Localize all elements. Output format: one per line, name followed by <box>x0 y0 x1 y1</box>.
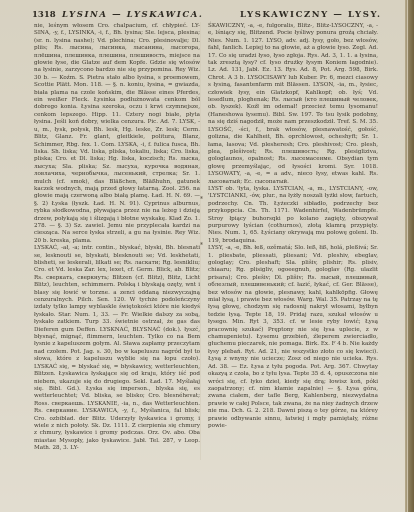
book-binding-edge <box>405 0 414 512</box>
column-divider <box>200 22 201 460</box>
left-entry-lyskac: LYSKAĆ, -ał, -a; intr. contin., blyskać,… <box>34 245 200 452</box>
left-entry-lysina: nie, leśnym włosem Cro. chalpacium, cf. … <box>34 23 200 245</box>
page-edge-line <box>407 0 408 512</box>
dictionary-page: 1318 LYSINA — LYSKAWICA. LYSKAWICZNY — L… <box>0 0 405 512</box>
right-entry-lyst: LYST ob. 'łyta, łyska. LYSTCIAN, -a, m.,… <box>208 186 378 245</box>
running-header: 1318 LYSINA — LYSKAWICA. LYSKAWICZNY — L… <box>0 10 405 24</box>
margin-asterisk: * <box>200 196 203 203</box>
left-running-title: LYSINA — LYSKAWICA. <box>62 10 204 20</box>
margin-asterisk: * <box>200 242 203 249</box>
page-number: 1318 <box>32 10 56 20</box>
right-entry-lyskawiczny: ŚKAWICZNY, -a, -e, fulgoralis, Blitz-, B… <box>208 23 378 186</box>
left-column: nie, leśnym włosem Cro. chalpacium, cf. … <box>34 23 200 453</box>
right-running-title: LYSKAWICZNY — LYSY. <box>240 10 382 20</box>
right-column: ŚKAWICZNY, -a, -e, fulgoralis, Blitz-, B… <box>208 23 378 430</box>
right-entry-lysy: LYSY, -a, -e, Bh. łeß, ozěmatá; Slo. łeß… <box>208 245 378 430</box>
